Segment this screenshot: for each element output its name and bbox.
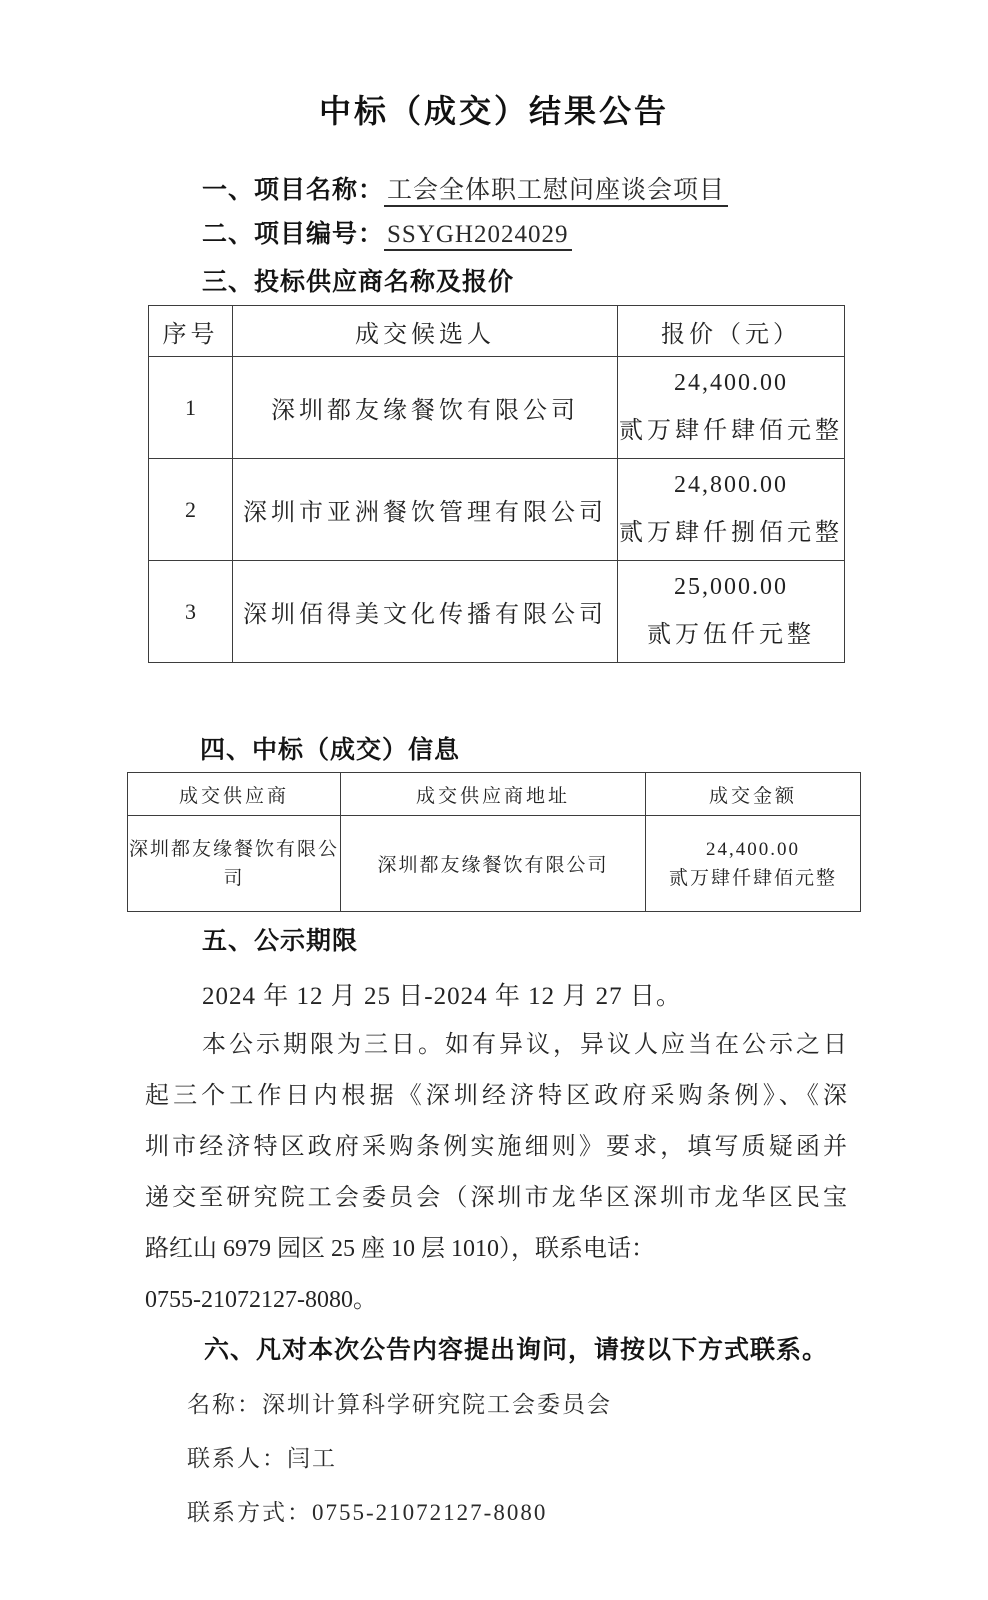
section-heading-inquiry: 六、凡对本次公告内容提出询问，请按以下方式联系。 (204, 1330, 828, 1366)
bid-row-price-cell: 24,400.00 贰万肆仟肆佰元整 (618, 357, 845, 459)
paragraph-line: 圳市经济特区政府采购条例实施细则》要求，填写质疑函并 (145, 1122, 847, 1173)
project-name-label: 一、项目名称： (202, 176, 384, 204)
bid-table-row: 3 深圳佰得美文化传播有限公司 25,000.00 贰万伍仟元整 (149, 561, 845, 663)
bid-price-number: 24,800.00 (674, 472, 788, 499)
paragraph-line: 本公示期限为三日。如有异议，异议人应当在公示之日 (145, 1020, 847, 1071)
award-amount-chinese: 贰万肆仟肆佰元整 (646, 864, 860, 893)
bid-row-candidate: 深圳市亚洲餐饮管理有限公司 (233, 459, 618, 561)
paragraph-line: 递交至研究院工会委员会（深圳市龙华区深圳市龙华区民宝 (145, 1173, 847, 1224)
publicity-paragraph: 本公示期限为三日。如有异议，异议人应当在公示之日 起三个工作日内根据《深圳经济特… (145, 1020, 847, 1326)
award-table: 成交供应商 成交供应商地址 成交金额 深圳都友缘餐饮有限公司 深圳都友缘餐饮有限… (127, 772, 861, 912)
bid-row-seq: 3 (149, 561, 233, 663)
project-number-label: 二、项目编号： (202, 220, 384, 248)
announcement-page: 中标（成交）结果公告 一、项目名称：工会全体职工慰问座谈会项目 二、项目编号：S… (0, 0, 988, 1600)
bid-price-chinese: 贰万肆仟捌佰元整 (619, 512, 843, 547)
bid-row-candidate: 深圳都友缘餐饮有限公司 (233, 357, 618, 459)
award-supplier: 深圳都友缘餐饮有限公司 (128, 816, 341, 912)
award-col-header-supplier: 成交供应商 (128, 773, 341, 816)
bid-col-header-price: 报价（元） (618, 306, 845, 357)
bid-row-seq: 1 (149, 357, 233, 459)
section-project-number: 二、项目编号：SSYGH2024029 (202, 214, 572, 250)
bid-row-price-cell: 25,000.00 贰万伍仟元整 (618, 561, 845, 663)
section-heading-publicity-period: 五、公示期限 (202, 921, 358, 957)
contact-name-line: 名称：深圳计算科学研究院工会委员会 (187, 1378, 612, 1432)
award-table-row: 深圳都友缘餐饮有限公司 深圳都友缘餐饮有限公司 24,400.00 贰万肆仟肆佰… (128, 816, 861, 912)
award-amount-cell: 24,400.00 贰万肆仟肆佰元整 (646, 816, 861, 912)
bid-table-row: 1 深圳都友缘餐饮有限公司 24,400.00 贰万肆仟肆佰元整 (149, 357, 845, 459)
bid-table-row: 2 深圳市亚洲餐饮管理有限公司 24,800.00 贰万肆仟捌佰元整 (149, 459, 845, 561)
project-number-value: SSYGH2024029 (384, 221, 571, 251)
section-project-name: 一、项目名称：工会全体职工慰问座谈会项目 (202, 170, 728, 206)
bid-col-header-seq: 序号 (149, 306, 233, 357)
bid-row-price-cell: 24,800.00 贰万肆仟捌佰元整 (618, 459, 845, 561)
contact-block: 名称：深圳计算科学研究院工会委员会 联系人：闫工 联系方式：0755-21072… (187, 1378, 612, 1540)
section-heading-award-info: 四、中标（成交）信息 (200, 730, 460, 766)
award-amount-number: 24,400.00 (646, 835, 860, 864)
section-heading-bidders: 三、投标供应商名称及报价 (202, 262, 514, 298)
publicity-date-range: 2024 年 12 月 25 日-2024 年 12 月 27 日。 (145, 976, 904, 1012)
award-col-header-amount: 成交金额 (646, 773, 861, 816)
bid-table: 序号 成交候选人 报价（元） 1 深圳都友缘餐饮有限公司 24,400.00 贰… (148, 305, 845, 663)
award-address: 深圳都友缘餐饮有限公司 (341, 816, 646, 912)
paragraph-line: 路红山 6979 园区 25 座 10 层 1010），联系电话： (145, 1224, 847, 1275)
bid-price-chinese: 贰万肆仟肆佰元整 (619, 410, 843, 445)
bid-price-number: 25,000.00 (674, 574, 788, 601)
bid-price-chinese: 贰万伍仟元整 (647, 614, 815, 649)
award-col-header-address: 成交供应商地址 (341, 773, 646, 816)
paragraph-line: 起三个工作日内根据《深圳经济特区政府采购条例》、《深 (145, 1071, 847, 1122)
bid-price-number: 24,400.00 (674, 370, 788, 397)
contact-method-line: 联系方式：0755-21072127-8080 (187, 1486, 612, 1540)
bid-row-seq: 2 (149, 459, 233, 561)
bid-row-candidate: 深圳佰得美文化传播有限公司 (233, 561, 618, 663)
bid-table-header-row: 序号 成交候选人 报价（元） (149, 306, 845, 357)
project-name-value: 工会全体职工慰问座谈会项目 (384, 177, 728, 207)
award-table-header-row: 成交供应商 成交供应商地址 成交金额 (128, 773, 861, 816)
bid-col-header-candidate: 成交候选人 (233, 306, 618, 357)
page-title: 中标（成交）结果公告 (0, 86, 988, 132)
paragraph-line: 0755-21072127-8080。 (145, 1275, 847, 1326)
contact-person-line: 联系人：闫工 (187, 1432, 612, 1486)
